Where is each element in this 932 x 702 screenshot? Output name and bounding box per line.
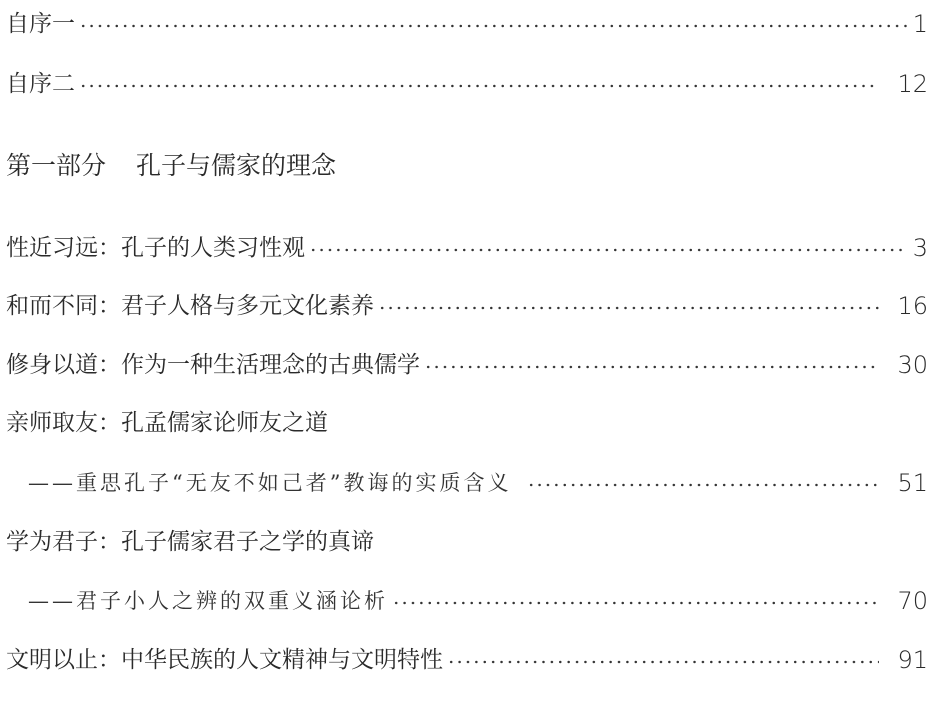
leader-dots: [447, 660, 879, 664]
toc-entry-title: 和而不同：君子人格与多元文化素养: [6, 286, 374, 326]
toc-entry-chapter-6[interactable]: 文明以止：中华民族的人文精神与文明特性 91: [6, 640, 928, 680]
leader-dots: [79, 24, 907, 28]
toc-entry-title: 学为君子：孔子儒家君子之学的真谛: [6, 522, 374, 562]
page-number: 12: [897, 64, 928, 104]
leader-dots: [527, 483, 879, 487]
toc-entry-title: 亲师取友：孔孟儒家论师友之道: [6, 403, 328, 443]
toc-entry-title: 性近习远：孔子的人类习性观: [6, 228, 305, 268]
leader-dots: [309, 248, 907, 252]
toc-entry-chapter-4[interactable]: 亲师取友：孔孟儒家论师友之道: [6, 403, 928, 443]
part-title: 孔子与儒家的理念: [136, 151, 336, 180]
part-number: 第一部分: [6, 151, 106, 180]
toc-entry-preface-1[interactable]: 自序一 1: [6, 4, 928, 44]
toc-entry-preface-2[interactable]: 自序二 12: [6, 64, 928, 104]
toc-entry-chapter-1[interactable]: 性近习远：孔子的人类习性观 3: [6, 228, 928, 268]
toc-entry-title: 修身以道：作为一种生活理念的古典儒学: [6, 345, 420, 385]
page-number: 70: [897, 581, 928, 621]
page-number: 91: [897, 640, 928, 680]
toc-entry-title: 文明以止：中华民族的人文精神与文明特性: [6, 640, 443, 680]
leader-dots: [79, 84, 879, 88]
toc-entry-chapter-2[interactable]: 和而不同：君子人格与多元文化素养 16: [6, 286, 928, 326]
page-number: 51: [897, 463, 928, 503]
page-number: 16: [897, 286, 928, 326]
part-heading: 第一部分孔子与儒家的理念: [6, 146, 336, 186]
toc-entry-chapter-5-subtitle[interactable]: ——君子小人之辨的双重义涵论析 70: [6, 581, 928, 621]
page-number: 1: [913, 4, 928, 44]
toc-entry-subtitle: ——君子小人之辨的双重义涵论析: [6, 581, 388, 621]
leader-dots: [424, 365, 879, 369]
toc-entry-chapter-3[interactable]: 修身以道：作为一种生活理念的古典儒学 30: [6, 345, 928, 385]
toc-entry-title: 自序二: [6, 64, 75, 104]
leader-dots: [378, 306, 879, 310]
toc-entry-chapter-5[interactable]: 学为君子：孔子儒家君子之学的真谛: [6, 522, 928, 562]
toc-entry-subtitle: ——重思孔子“无友不如己者”教诲的实质含义: [6, 463, 511, 503]
leader-dots: [392, 601, 879, 605]
page-number: 30: [897, 345, 928, 385]
toc-entry-title: 自序一: [6, 4, 75, 44]
page-number: 3: [913, 228, 928, 268]
toc-entry-chapter-4-subtitle[interactable]: ——重思孔子“无友不如己者”教诲的实质含义 51: [6, 463, 928, 503]
